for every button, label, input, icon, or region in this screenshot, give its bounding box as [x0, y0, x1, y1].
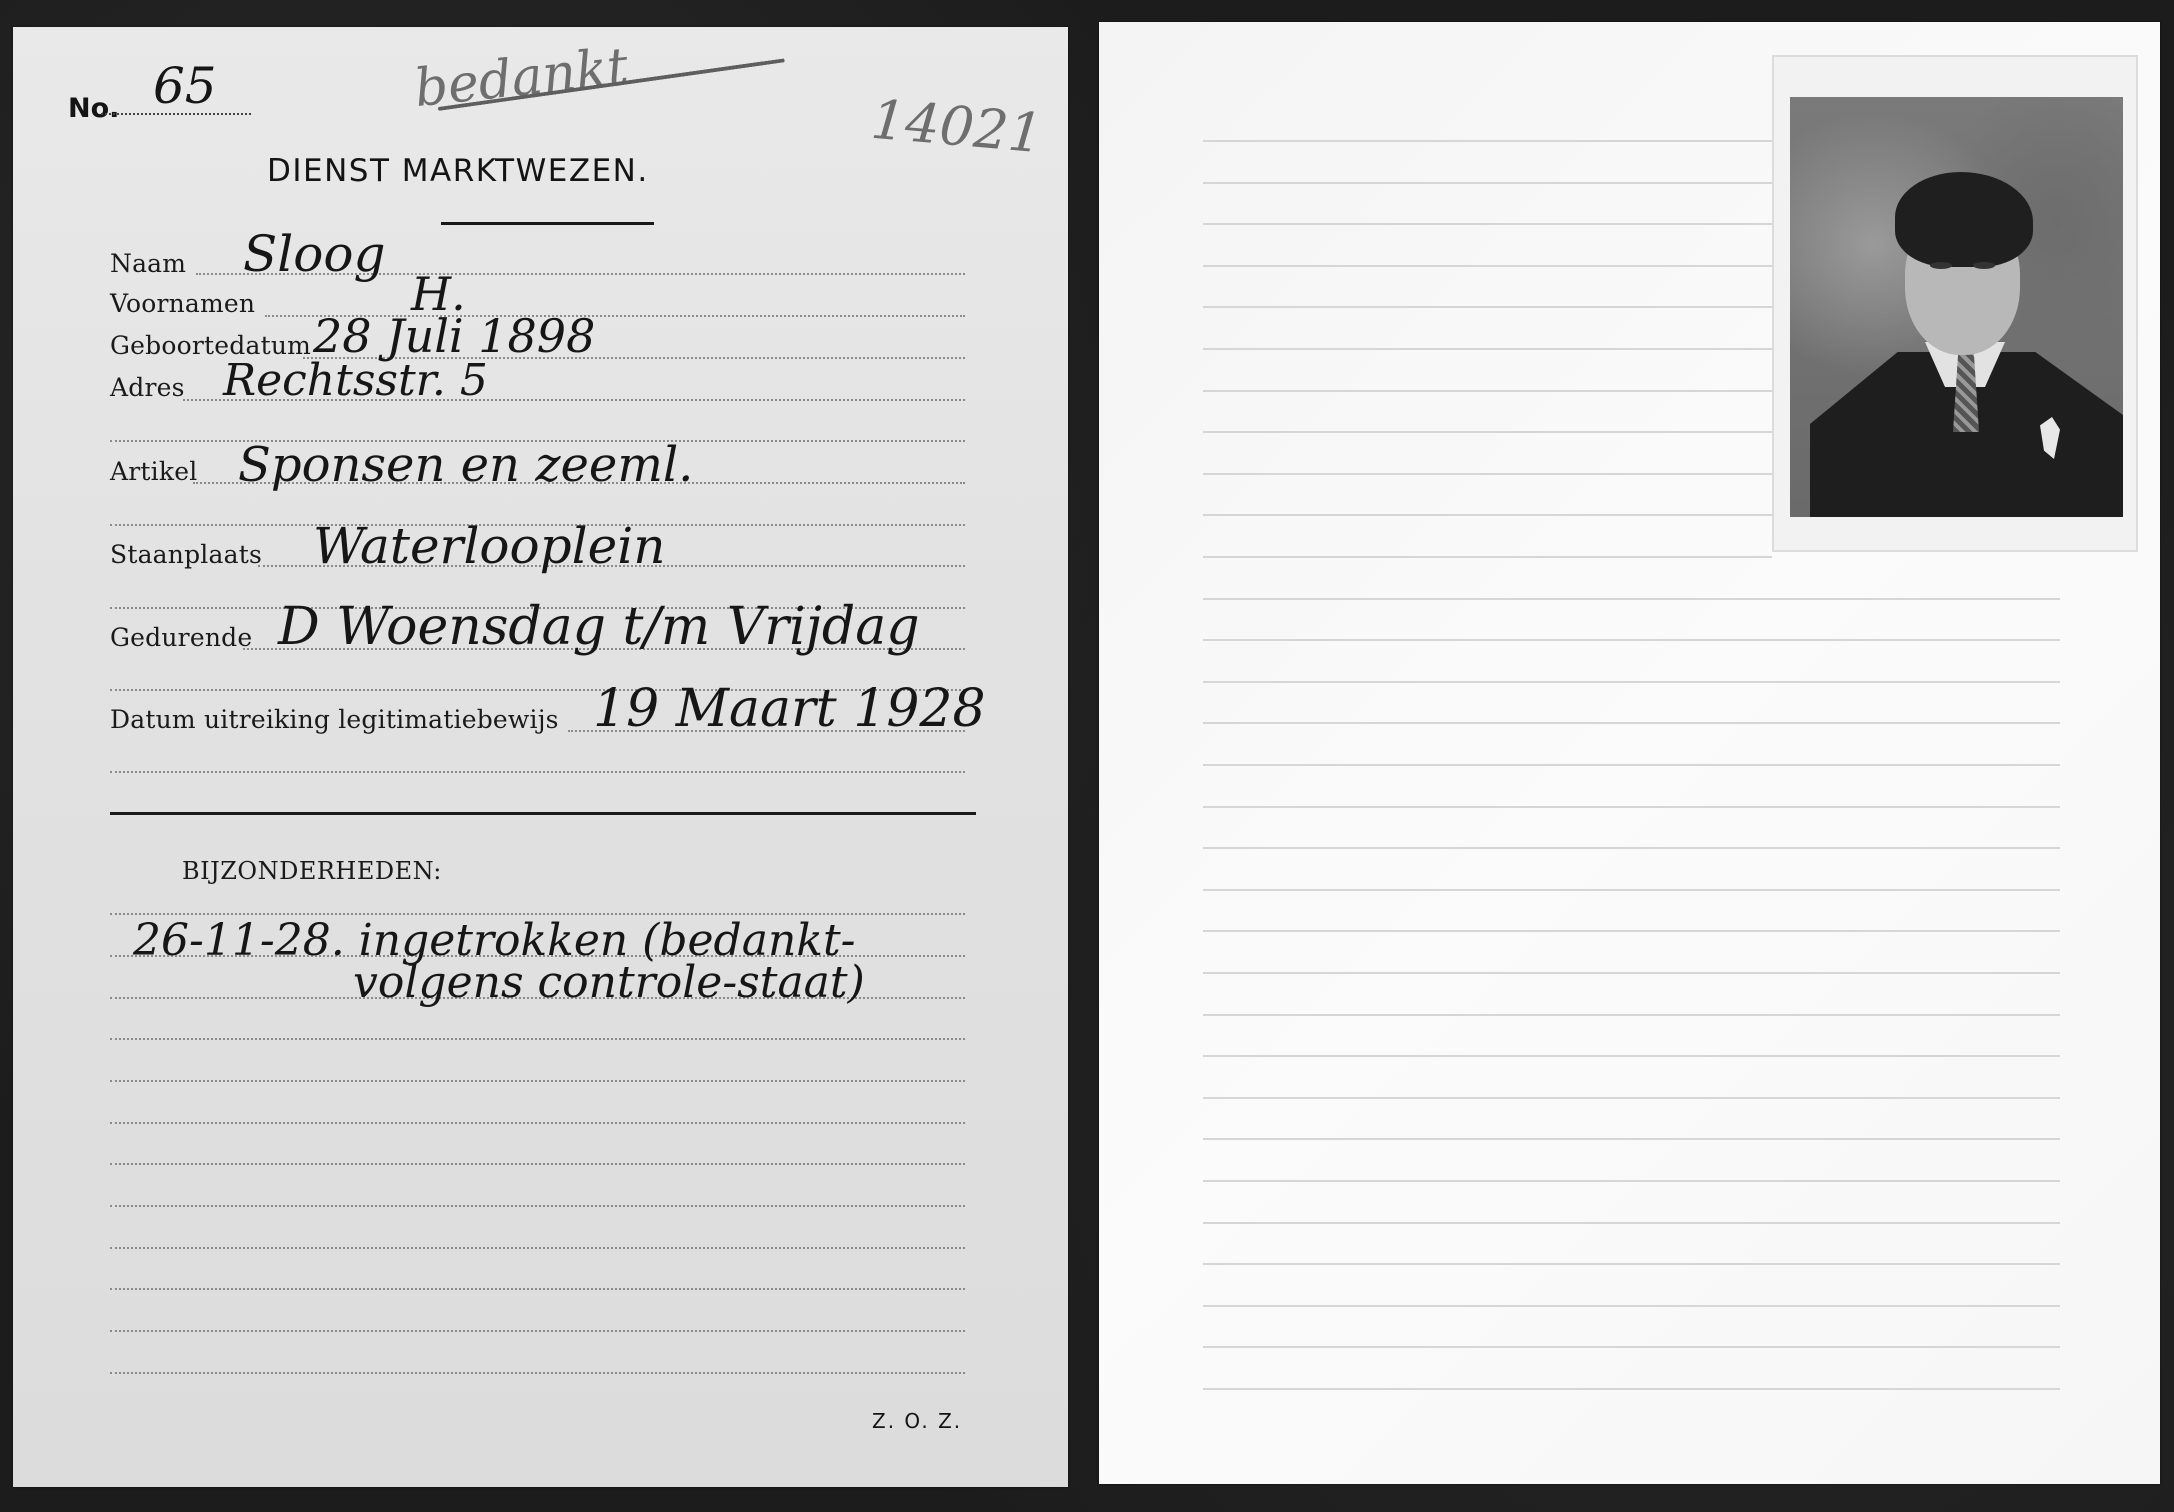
ruled-line	[1203, 598, 2060, 600]
ruled-line	[1203, 1388, 2060, 1390]
ruled-line	[1203, 806, 2060, 808]
ruled-line	[1203, 431, 1772, 433]
ruled-line	[1203, 182, 1772, 184]
ruled-line	[1203, 1222, 2060, 1224]
field-label-datum-uitreiking: Datum uitreiking legitimatiebewijs	[110, 705, 559, 734]
photo-eye	[1973, 262, 1995, 269]
number-label: No.	[68, 93, 119, 124]
ruled-line	[1203, 1138, 2060, 1140]
field-value-adres: Rechtsstr. 5	[223, 355, 488, 406]
ruled-line	[1203, 1097, 2060, 1099]
remarks-line	[110, 1205, 965, 1207]
footer-zoz: Z. O. Z.	[872, 1409, 962, 1433]
card-number-handwritten: 65	[153, 57, 217, 115]
remarks-line	[110, 1372, 965, 1374]
ruled-line	[1203, 972, 2060, 974]
ruled-line	[1203, 1014, 2060, 1016]
ruled-line	[1203, 390, 1772, 392]
photo-eye	[1930, 262, 1952, 269]
field-value-staanplaats: Waterlooplein	[313, 517, 665, 575]
ruled-line	[1203, 681, 2060, 683]
card-title: DIENST MARKTWEZEN.	[267, 153, 649, 189]
ruled-line	[1203, 223, 1772, 225]
remarks-heading: BIJZONDERHEDEN:	[182, 857, 442, 885]
field-value-datum-uitreiking: 19 Maart 1928	[593, 679, 986, 739]
ruled-line	[1203, 764, 2060, 766]
ruled-line	[1203, 722, 2060, 724]
ruled-line	[1203, 889, 2060, 891]
field-label-adres: Adres	[110, 373, 185, 402]
field-value-artikel: Sponsen en zeeml.	[238, 437, 693, 493]
remarks-line	[110, 1163, 965, 1165]
ruled-line	[1203, 265, 1772, 267]
section-divider	[110, 812, 976, 815]
field-label-artikel: Artikel	[110, 457, 197, 486]
photo-hair	[1895, 172, 2033, 267]
ruled-line	[1203, 1180, 2060, 1182]
remarks-line	[110, 1288, 965, 1290]
field-label-staanplaats: Staanplaats	[110, 540, 262, 569]
remarks-line	[110, 1038, 965, 1040]
registration-card-front: No. 65 bedankt 14021 DIENST MARKTWEZEN. …	[13, 27, 1068, 1487]
field-value-gedurende: D Woensdag t/m Vrijdag	[278, 597, 920, 657]
title-underline	[441, 222, 654, 225]
ruled-line	[1203, 1055, 2060, 1057]
ruled-line	[1203, 1305, 2060, 1307]
ruled-line	[1203, 847, 2060, 849]
portrait-photo	[1790, 97, 2123, 517]
field-label-gedurende: Gedurende	[110, 623, 252, 652]
field-label-voornamen: Voornamen	[110, 289, 255, 318]
ruled-line	[1203, 514, 1772, 516]
ruled-line	[1203, 1263, 2060, 1265]
remarks-line	[110, 1247, 965, 1249]
remarks-line	[110, 1122, 965, 1124]
ruled-line	[1203, 306, 1772, 308]
blank-line	[110, 771, 965, 773]
ruled-line	[1203, 348, 1772, 350]
registration-card-back	[1099, 22, 2160, 1484]
archive-number: 14021	[869, 88, 1046, 166]
remarks-line	[110, 1080, 965, 1082]
field-label-naam: Naam	[110, 249, 186, 278]
ruled-line	[1203, 639, 2060, 641]
photo-mount	[1772, 55, 2138, 552]
ruled-line	[1203, 930, 2060, 932]
remarks-entry-line-2: volgens controle-staat)	[353, 957, 865, 1008]
remarks-line	[110, 1330, 965, 1332]
ruled-line	[1203, 1346, 2060, 1348]
ruled-line	[1203, 473, 1772, 475]
ruled-line	[1203, 140, 1772, 142]
field-value-naam: Sloog	[243, 225, 385, 283]
ruled-line	[1203, 556, 1772, 558]
